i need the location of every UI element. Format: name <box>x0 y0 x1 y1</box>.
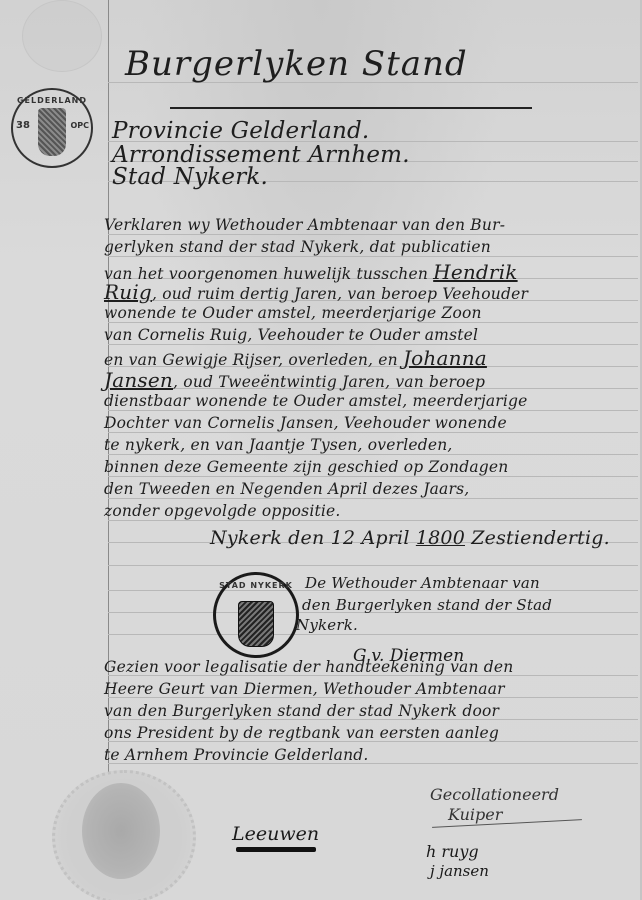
title-underline <box>170 107 532 109</box>
official-line: Nykerk. <box>296 616 358 634</box>
date-year: 1800 <box>416 527 465 549</box>
legalisation-line: Gezien voor legalisatie der handteekenin… <box>104 658 513 676</box>
body-line: Ruig, oud ruim dertig Jaren, van beroep … <box>104 280 528 304</box>
body-line: van Cornelis Ruig, Veehouder te Ouder am… <box>104 326 478 344</box>
ruled-line <box>108 454 638 455</box>
body-line: wonende te Ouder amstel, meerderjarige Z… <box>104 304 482 322</box>
collated-label: Gecollationeerd <box>430 785 559 804</box>
body-text: oud Tweeëntwintig Jaren, van beroep <box>183 373 485 391</box>
stamp-ring-text: STAD NYKERK <box>216 581 296 590</box>
ruled-line <box>108 498 638 499</box>
body-text: oud ruim dertig Jaren, van beroep Veehou… <box>162 285 528 303</box>
official-line: De Wethouder Ambtenaar van <box>305 574 540 592</box>
body-line: Verklaren wy Wethouder Ambtenaar van den… <box>104 216 505 234</box>
body-line: Dochter van Cornelis Jansen, Veehouder w… <box>104 414 507 432</box>
body-line: zonder opgevolgde oppositie. <box>104 502 341 520</box>
groom-last-name: Ruig <box>104 280 152 304</box>
body-line: binnen deze Gemeente zijn geschied op Zo… <box>104 458 508 476</box>
legalisation-line: ons President by de regtbank van eersten… <box>104 724 499 742</box>
crown-crest-icon <box>38 108 66 156</box>
ruled-line <box>108 234 638 235</box>
body-line: gerlyken stand der stad Nykerk, dat publ… <box>104 238 491 256</box>
lion-crest-icon <box>238 601 274 647</box>
header-city: Stad Nykerk. <box>112 164 268 190</box>
date-prefix: den 12 April <box>288 527 409 549</box>
bride-signature: j jansen <box>430 862 489 880</box>
ruled-line <box>108 476 638 477</box>
date-line: Nykerk den 12 April 1800 Zestiendertig. <box>210 527 610 549</box>
body-line: Jansen, oud Tweeëntwintig Jaren, van ber… <box>104 368 485 392</box>
ruled-line <box>108 432 638 433</box>
body-text: en van Gewigje Rijser, overleden, en <box>104 351 398 369</box>
official-line: den Burgerlyken stand der Stad <box>302 596 552 614</box>
legalisation-line: te Arnhem Provincie Gelderland. <box>104 746 369 764</box>
ruled-line <box>108 256 638 257</box>
president-signature: Leeuwen <box>232 823 319 845</box>
body-line: en van Gewigje Rijser, overleden, en Joh… <box>104 346 487 370</box>
civil-record-page: GELDERLAND 38 OPC Burgerlyken Stand Prov… <box>0 0 642 900</box>
seal-impression <box>82 783 160 879</box>
embossed-seal-top <box>22 0 102 72</box>
ruled-line <box>108 322 638 323</box>
legalisation-line: Heere Geurt van Diermen, Wethouder Ambte… <box>104 680 505 698</box>
stamp-unit: OPC <box>70 121 89 130</box>
body-line: den Tweeden en Negenden April dezes Jaar… <box>104 480 469 498</box>
nykerk-city-stamp: STAD NYKERK <box>213 572 299 658</box>
ruled-line <box>108 634 638 635</box>
signature-flourish <box>236 847 316 852</box>
ruled-line <box>108 520 638 521</box>
legalisation-line: van den Burgerlyken stand der stad Nyker… <box>104 702 499 720</box>
ruled-line <box>108 344 638 345</box>
groom-signature: h ruyg <box>426 842 479 861</box>
gelderland-tax-stamp: GELDERLAND 38 OPC <box>11 88 93 168</box>
stamp-ring-text: GELDERLAND <box>13 96 91 105</box>
body-line: te nykerk, en van Jaantje Tysen, overled… <box>104 436 453 454</box>
date-year-words: Zestiendertig. <box>471 527 610 549</box>
ruled-line <box>108 565 638 566</box>
bride-last-name: Jansen <box>104 368 173 392</box>
bride-first-name: Johanna <box>403 346 487 370</box>
header-province: Provincie Gelderland. <box>112 118 369 144</box>
ruled-line <box>108 410 638 411</box>
date-place: Nykerk <box>210 527 282 549</box>
stamp-value: 38 <box>16 120 30 131</box>
clerk-signature: Kuiper <box>448 805 502 824</box>
page-title: Burgerlyken Stand <box>125 44 468 84</box>
body-line: dienstbaar wonende te Ouder amstel, meer… <box>104 392 528 410</box>
